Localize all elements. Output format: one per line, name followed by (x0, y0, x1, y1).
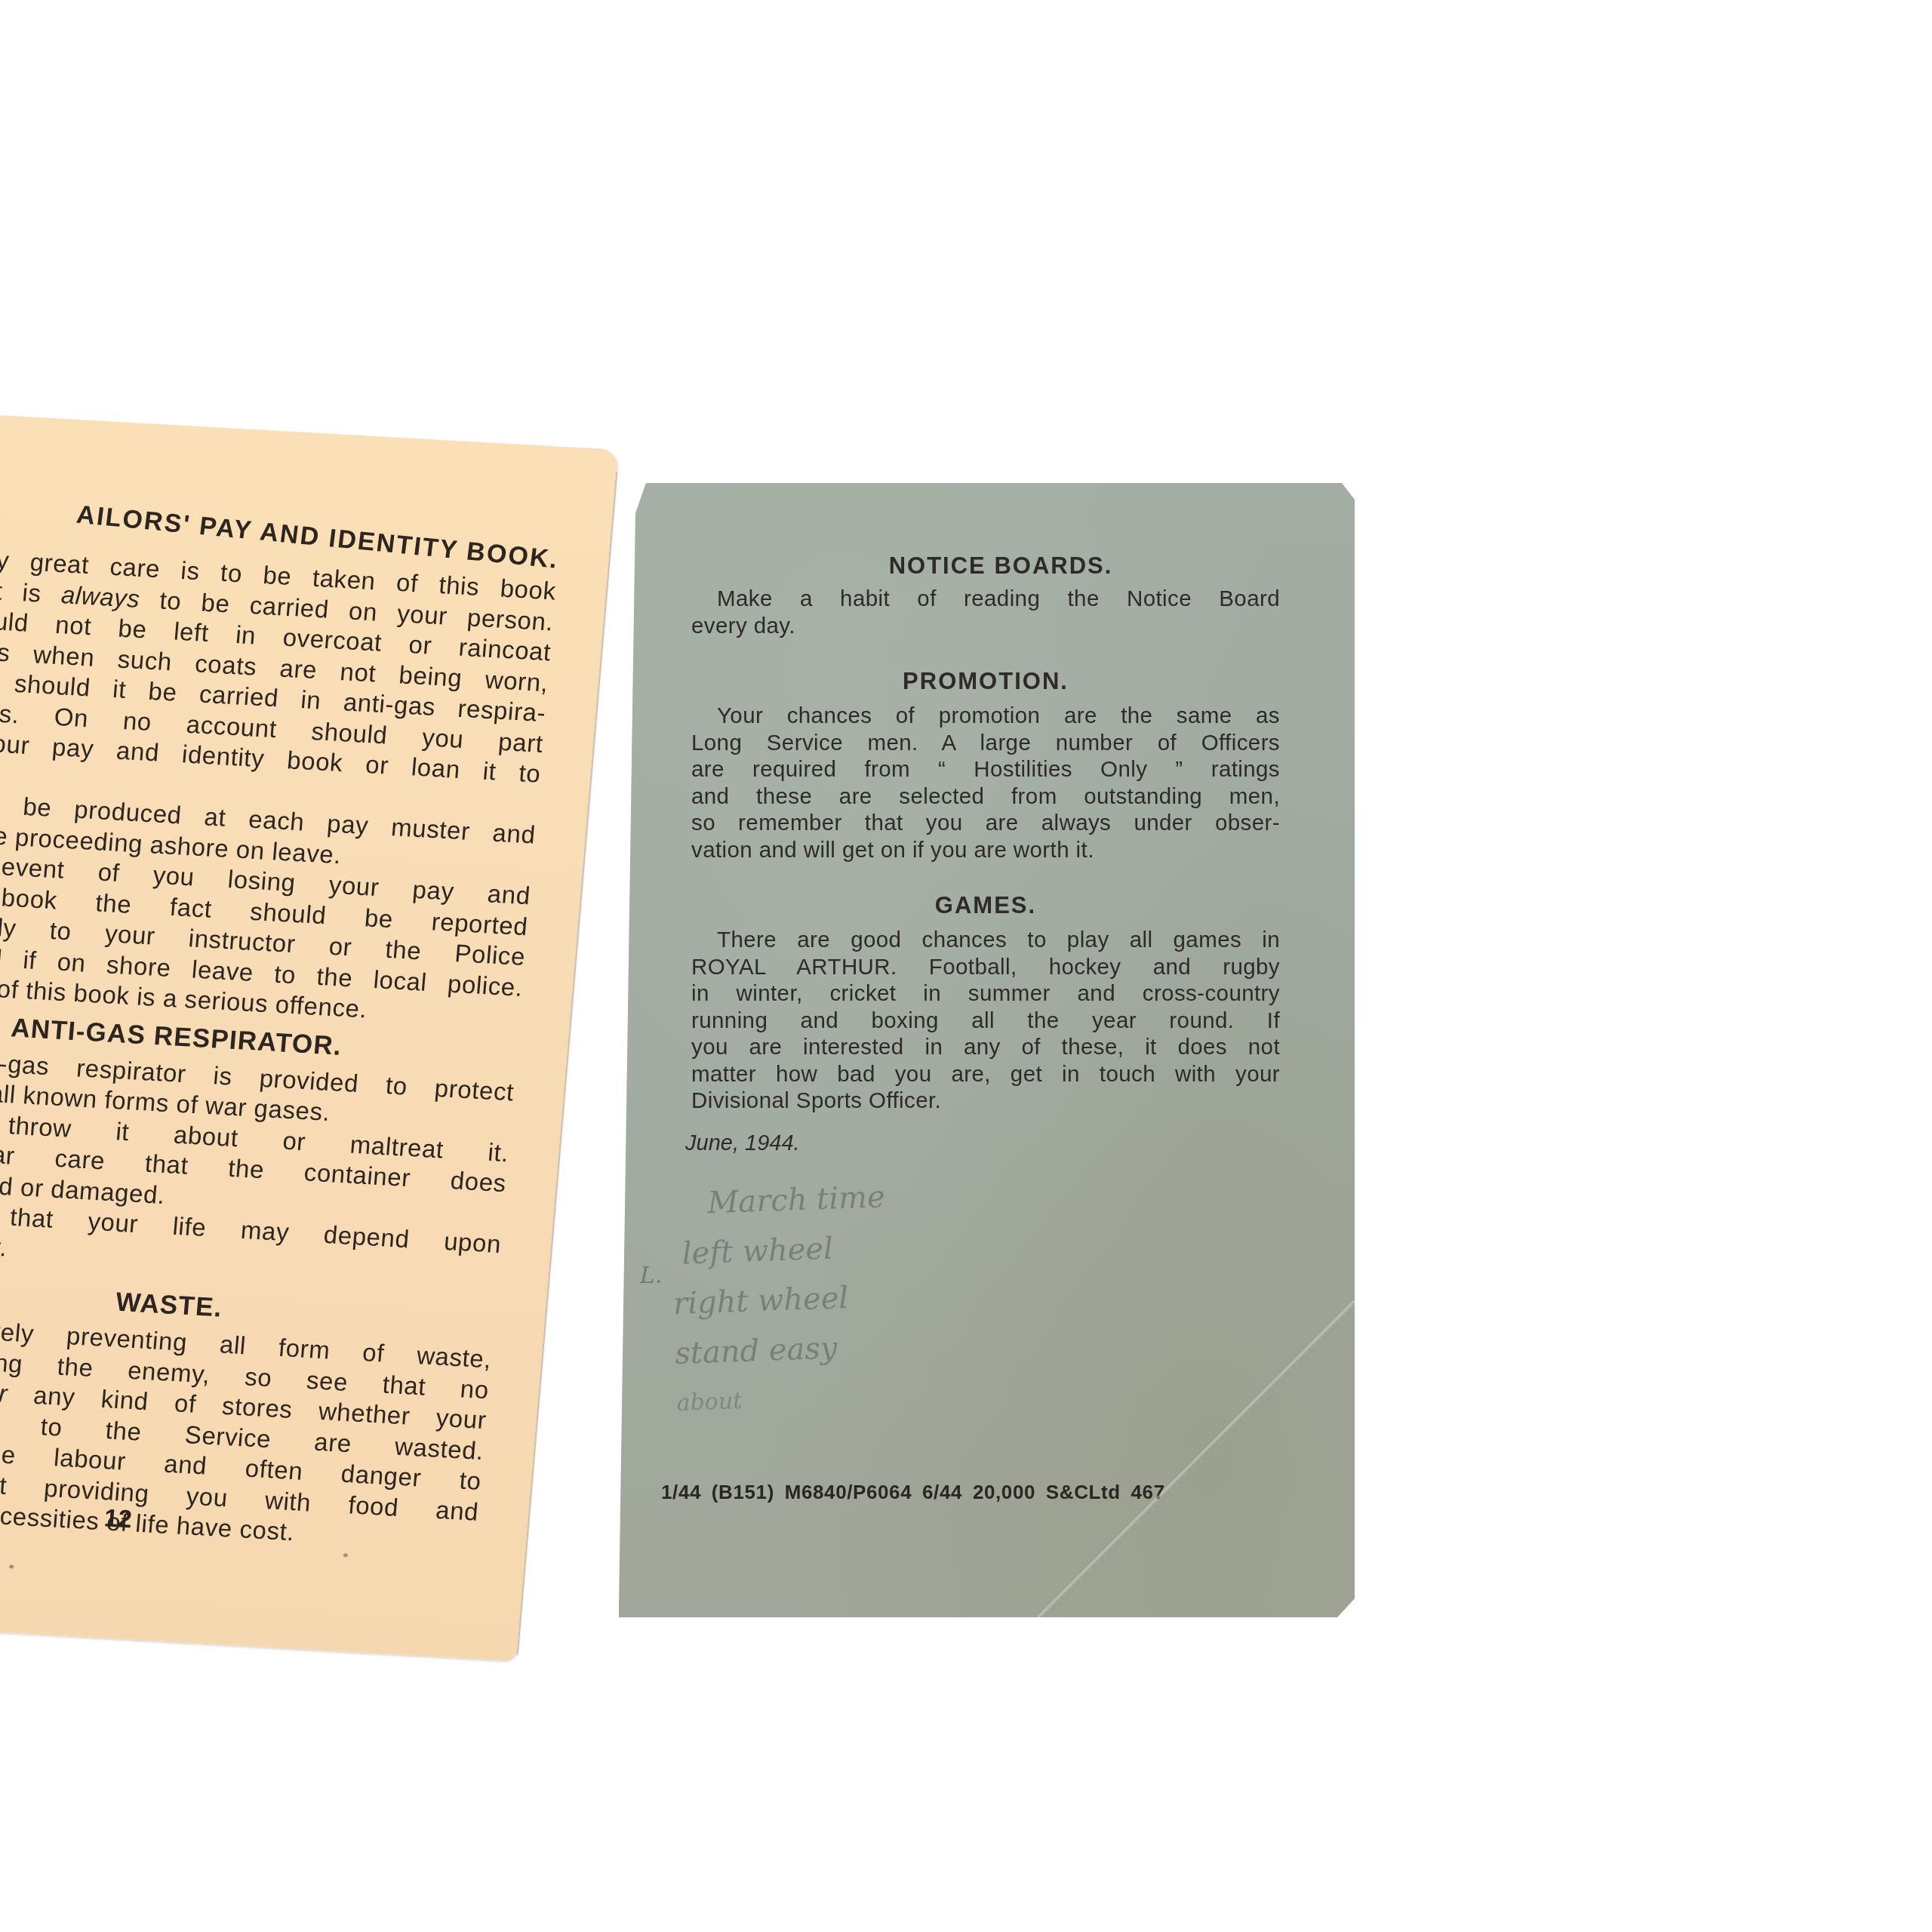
text-line: Make a habit of reading the Notice Board (691, 586, 1280, 613)
notice-boards-heading: NOTICE BOARDS. (691, 551, 1280, 581)
print-code: 1/44 (B151) M6840/P6064 6/44 20,000 S&CL… (661, 1481, 1165, 1504)
respirator-section: e anti-gas respirator is provided to pro… (0, 1044, 515, 1291)
handwritten-line: right wheel (672, 1272, 889, 1329)
foxing-spot (343, 1553, 348, 1557)
right-page: NOTICE BOARDS. Make a habit of reading t… (619, 483, 1355, 1617)
text-line: ROYAL ARTHUR. Football, hockey and rugby (691, 954, 1280, 981)
games-heading: GAMES. (691, 891, 1280, 921)
handwritten-margin-mark: L. (640, 1263, 662, 1289)
promotion-section: PROMOTION. Your chances of promotion are… (691, 666, 1280, 863)
text-line: in winter, cricket in summer and cross-c… (691, 980, 1280, 1008)
text-line: Long Service men. A large number of Offi… (691, 730, 1280, 757)
foxing-spot (9, 1564, 14, 1568)
text-line: you are interested in any of these, it d… (691, 1034, 1280, 1061)
left-page-content: AILORS' PAY AND IDENTITY BOOK. Very grea… (0, 414, 618, 1661)
handwritten-line: about (676, 1371, 893, 1429)
text-line: Your chances of promotion are the same a… (691, 703, 1280, 730)
text-line: Divisional Sports Officer. (691, 1088, 1280, 1115)
pay-book-section: Very great care is to be taken of this b… (0, 543, 557, 1033)
games-section: GAMES. There are good chances to play al… (691, 891, 1280, 1156)
handwritten-line: left wheel (671, 1222, 888, 1279)
handwritten-line: stand easy (674, 1321, 891, 1379)
publication-date: June, 1944. (685, 1131, 1280, 1156)
text-line: so remember that you are always under ob… (691, 810, 1280, 837)
notice-boards-section: NOTICE BOARDS. Make a habit of reading t… (691, 551, 1280, 639)
right-page-content: NOTICE BOARDS. Make a habit of reading t… (691, 551, 1280, 1183)
text-line: every day. (691, 613, 1280, 640)
promotion-heading: PROMOTION. (691, 666, 1280, 697)
text-line: vation and will get on if you are worth … (691, 837, 1280, 864)
emphasis-text: always (60, 580, 141, 613)
handwritten-notes: March time left wheel right wheel stand … (669, 1172, 893, 1429)
handwritten-line: March time (669, 1172, 885, 1229)
text-line: running and boxing all the year round. I… (691, 1008, 1280, 1035)
page-number: 12 (103, 1503, 133, 1534)
text-line: are required from “ Hostilities Only ” r… (691, 756, 1280, 783)
text-line: and these are selected from outstanding … (691, 783, 1280, 811)
page-crease (1038, 1300, 1355, 1617)
emphasis-text: or (0, 1378, 9, 1407)
waste-section: ot actively preventing all form of waste… (0, 1311, 493, 1558)
left-page-clip: AILORS' PAY AND IDENTITY BOOK. Very grea… (0, 0, 649, 1932)
left-page: AILORS' PAY AND IDENTITY BOOK. Very grea… (0, 414, 618, 1661)
text-line: There are good chances to play all games… (691, 927, 1280, 954)
text-line: matter how bad you are, get in touch wit… (691, 1061, 1280, 1088)
